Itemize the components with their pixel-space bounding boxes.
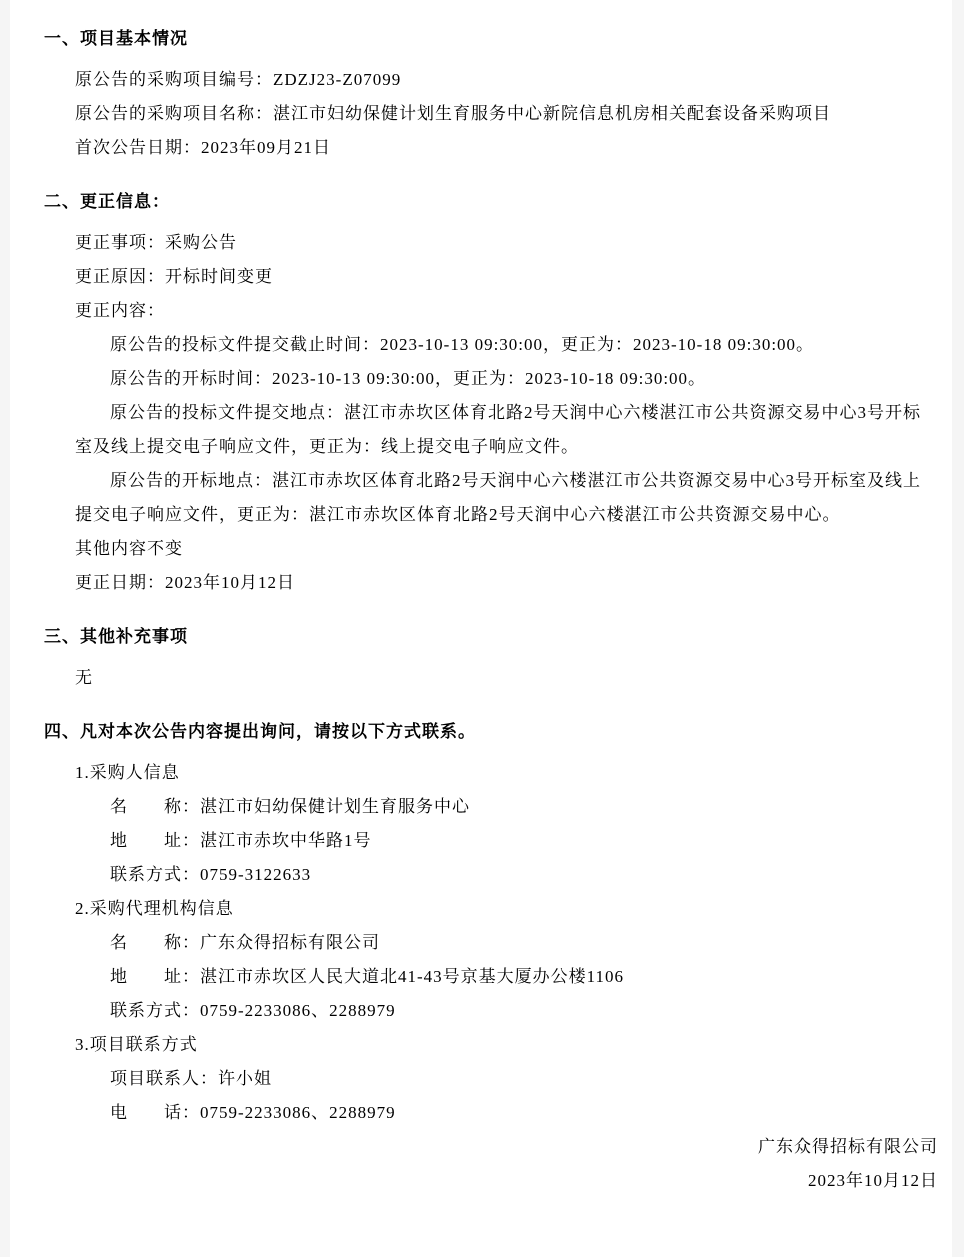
- agency-name: 名 称：广东众得招标有限公司: [44, 926, 938, 960]
- bid-submission-deadline-change: 原公告的投标文件提交截止时间：2023-10-13 09:30:00，更正为：2…: [44, 328, 938, 362]
- purchaser-name: 名 称：湛江市妇幼保健计划生育服务中心: [44, 790, 938, 824]
- original-project-number: 原公告的采购项目编号：ZDZJ23-Z07099: [44, 63, 938, 97]
- section-correction-heading: 二、更正信息：: [44, 185, 938, 219]
- original-project-name: 原公告的采购项目名称：湛江市妇幼保健计划生育服务中心新院信息机房相关配套设备采购…: [44, 97, 938, 131]
- purchaser-address: 地 址：湛江市赤坎中华路1号: [44, 824, 938, 858]
- signature-date: 2023年10月12日: [44, 1164, 938, 1198]
- supplement-content: 无: [44, 661, 938, 695]
- project-contact-phone: 电 话：0759-2233086、2288979: [44, 1096, 938, 1130]
- agency-phone: 联系方式：0759-2233086、2288979: [44, 994, 938, 1028]
- section-basic-info: 一、项目基本情况 原公告的采购项目编号：ZDZJ23-Z07099 原公告的采购…: [44, 22, 938, 165]
- section-contact-heading: 四、凡对本次公告内容提出询问，请按以下方式联系。: [44, 715, 938, 749]
- section-supplement: 三、其他补充事项 无: [44, 620, 938, 695]
- signature-company: 广东众得招标有限公司: [44, 1130, 938, 1164]
- correction-reason: 更正原因：开标时间变更: [44, 260, 938, 294]
- correction-content-label: 更正内容：: [44, 294, 938, 328]
- bid-submission-place-change: 原公告的投标文件提交地点：湛江市赤坎区体育北路2号天润中心六楼湛江市公共资源交易…: [44, 396, 938, 464]
- correction-item: 更正事项：采购公告: [44, 226, 938, 260]
- section-correction: 二、更正信息： 更正事项：采购公告 更正原因：开标时间变更 更正内容： 原公告的…: [44, 185, 938, 600]
- project-contact-person: 项目联系人：许小姐: [44, 1062, 938, 1096]
- agency-info-title: 2.采购代理机构信息: [44, 892, 938, 926]
- bid-opening-time-change: 原公告的开标时间：2023-10-13 09:30:00，更正为：2023-10…: [44, 362, 938, 396]
- first-announcement-date: 首次公告日期：2023年09月21日: [44, 131, 938, 165]
- correction-date: 更正日期：2023年10月12日: [44, 566, 938, 600]
- agency-address: 地 址：湛江市赤坎区人民大道北41-43号京基大厦办公楼1106: [44, 960, 938, 994]
- signature-block: 广东众得招标有限公司 2023年10月12日: [44, 1130, 938, 1198]
- section-contact: 四、凡对本次公告内容提出询问，请按以下方式联系。 1.采购人信息 名 称：湛江市…: [44, 715, 938, 1130]
- purchaser-info-title: 1.采购人信息: [44, 756, 938, 790]
- section-supplement-heading: 三、其他补充事项: [44, 620, 938, 654]
- project-contact-title: 3.项目联系方式: [44, 1028, 938, 1062]
- bid-opening-place-change: 原公告的开标地点：湛江市赤坎区体育北路2号天润中心六楼湛江市公共资源交易中心3号…: [44, 464, 938, 532]
- section-basic-info-heading: 一、项目基本情况: [44, 22, 938, 56]
- other-content-unchanged: 其他内容不变: [44, 532, 938, 566]
- correction-notice-document: 一、项目基本情况 原公告的采购项目编号：ZDZJ23-Z07099 原公告的采购…: [0, 0, 964, 1198]
- purchaser-phone: 联系方式：0759-3122633: [44, 858, 938, 892]
